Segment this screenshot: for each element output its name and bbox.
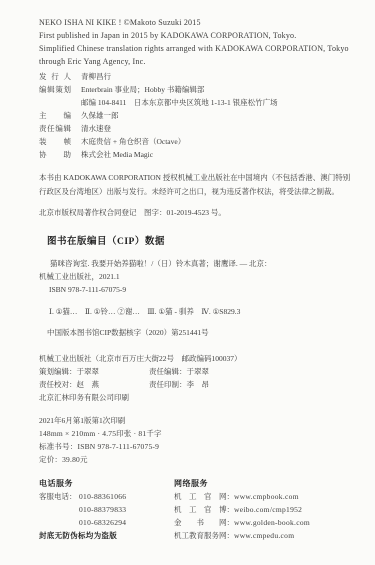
imprint-block: 机械工业出版社（北京市百万庄大街22号 邮政编码100037） 策划编辑：于翠翠… (39, 352, 351, 466)
format-line: 148mm × 210mm · 4.75印张 · 81千字 (39, 427, 351, 440)
publisher-address: 机械工业出版社（北京市百万庄大街22号 邮政编码100037） (39, 352, 351, 365)
network-label: 机 工 官 博： (174, 503, 234, 516)
registration-line: 北京市版权局著作权合同登记 图字：01-2019-4523 号。 (39, 206, 351, 220)
phone-row: 客服电话： 010-88361066 (39, 490, 174, 503)
url-text: www.golden-book.com (234, 516, 310, 529)
credit-value: 青柳昌行 (81, 70, 111, 83)
phone-number: 010-88361066 (79, 490, 126, 503)
phone-label: 客服电话： (39, 490, 79, 503)
url-text: www.cmpedu.com (234, 529, 294, 542)
url-text: www.cmpbook.com (234, 490, 299, 503)
copyright-line: First published in Japan in 2015 by KADO… (39, 29, 351, 42)
editor-row: 责任校对：赵 燕 责任印制：李 昂 (39, 378, 351, 391)
credit-value: Enterbrain 事业局；Hobby 书籍编辑部 (81, 83, 204, 96)
phone-service-column: 电话服务 客服电话： 010-88361066 010-88379833 010… (39, 477, 174, 542)
credits-list: 发行人 青柳昌行 编辑策划 Enterbrain 事业局；Hobby 书籍编辑部… (39, 70, 351, 161)
network-row: 机 工 官 博： weibo.com/cmp1952 (174, 503, 310, 516)
credit-value: 久保雄一郎 (81, 109, 119, 122)
phone-row: 010-68326294 (39, 516, 174, 529)
services-block: 电话服务 客服电话： 010-88361066 010-88379833 010… (39, 477, 351, 542)
network-label: 金 书 网： (174, 516, 234, 529)
copyright-line: through Eric Yang Agency, Inc. (39, 55, 351, 68)
cip-block: 图书在版编目（CIP）数据 猫咪咨询室. 我要开始养猫啦！/（日）铃木真著；谢鹰… (39, 235, 351, 339)
credit-value: 株式会社 Media Magic (81, 148, 153, 161)
standard-isbn-line: 标准书号：ISBN 978-7-111-67075-9 (39, 440, 351, 453)
editor-cell: 责任印制：李 昂 (149, 378, 209, 391)
edition-line: 2021年6月第1版第1次印刷 (39, 414, 351, 427)
phone-label (39, 503, 79, 516)
license-paragraph: 本书由 KADOKAWA CORPORATION 授权机械工业出版社在中国境内（… (39, 171, 357, 199)
anti-piracy-notice: 封底无防伪标均为盗版 (39, 529, 174, 542)
phone-label (39, 516, 79, 529)
credit-label: 发行人 (39, 70, 71, 83)
copyright-line: NEKO ISHA NI KIKE ! ©Makoto Suzuki 2015 (39, 16, 351, 29)
cip-description-line: 机械工业出版社，2021.1 (39, 270, 351, 283)
cip-classification: Ⅰ. ①猫… Ⅱ. ①铃… ②谢… Ⅲ. ①猫 - 驯养 Ⅳ. ①S829.3 (39, 305, 351, 318)
editor-row: 策划编辑：于翠翠 责任编辑：于翠翠 (39, 365, 351, 378)
phone-number: 010-88379833 (79, 503, 126, 516)
network-service-column: 网络服务 机 工 官 网： www.cmpbook.com 机 工 官 博： w… (174, 477, 310, 542)
editor-cell: 策划编辑：于翠翠 (39, 365, 149, 378)
credit-value: 清水速登 (81, 122, 111, 135)
cip-description-line: 猫咪咨询室. 我要开始养猫啦！/（日）铃木真著；谢鹰译. — 北京： (39, 257, 351, 270)
credit-row: 邮编 104-8411 日本东京都中央区筑地 1-13-1 银座松竹广场 (39, 96, 351, 109)
copyright-notice: NEKO ISHA NI KIKE ! ©Makoto Suzuki 2015 … (39, 16, 351, 68)
printer-line: 北京汇林印务有限公司印刷 (39, 391, 351, 404)
network-row: 金 书 网： www.golden-book.com (174, 516, 310, 529)
credit-label: 责任编辑 (39, 122, 71, 135)
phone-row: 010-88379833 (39, 503, 174, 516)
credit-row: 责任编辑 清水速登 (39, 122, 351, 135)
credit-row: 发行人 青柳昌行 (39, 70, 351, 83)
network-label: 机工教育服务网： (174, 529, 234, 542)
phone-service-title: 电话服务 (39, 477, 174, 490)
credit-row: 装帧 木庭贵信 + 角仓织音（Octave） (39, 135, 351, 148)
credit-value: 木庭贵信 + 角仓织音（Octave） (81, 135, 185, 148)
copyright-page: NEKO ISHA NI KIKE ! ©Makoto Suzuki 2015 … (0, 0, 375, 542)
credit-label: 装帧 (39, 135, 71, 148)
price-line: 定价：39.80元 (39, 453, 351, 466)
network-label: 机 工 官 网： (174, 490, 234, 503)
credit-label: 主编 (39, 109, 71, 122)
credit-row: 主编 久保雄一郎 (39, 109, 351, 122)
editor-cell: 责任编辑：于翠翠 (149, 365, 209, 378)
cip-isbn: ISBN 978-7-111-67075-9 (39, 283, 351, 297)
credit-row: 编辑策划 Enterbrain 事业局；Hobby 书籍编辑部 (39, 83, 351, 96)
phone-number: 010-68326294 (79, 516, 126, 529)
network-row: 机 工 官 网： www.cmpbook.com (174, 490, 310, 503)
network-row: 机工教育服务网： www.cmpedu.com (174, 529, 310, 542)
credit-value: 邮编 104-8411 日本东京都中央区筑地 1-13-1 银座松竹广场 (81, 96, 278, 109)
credit-label: 协助 (39, 148, 71, 161)
cip-record-number: 中国版本图书馆CIP数据核字（2020）第251441号 (39, 326, 351, 339)
url-text: weibo.com/cmp1952 (234, 503, 302, 516)
credit-row: 协助 株式会社 Media Magic (39, 148, 351, 161)
credit-label (39, 96, 71, 109)
cip-title: 图书在版编目（CIP）数据 (47, 235, 351, 249)
credit-label: 编辑策划 (39, 83, 71, 96)
editor-cell: 责任校对：赵 燕 (39, 378, 149, 391)
network-service-title: 网络服务 (174, 477, 310, 490)
copyright-line: Simplified Chinese translation rights ar… (39, 42, 351, 55)
